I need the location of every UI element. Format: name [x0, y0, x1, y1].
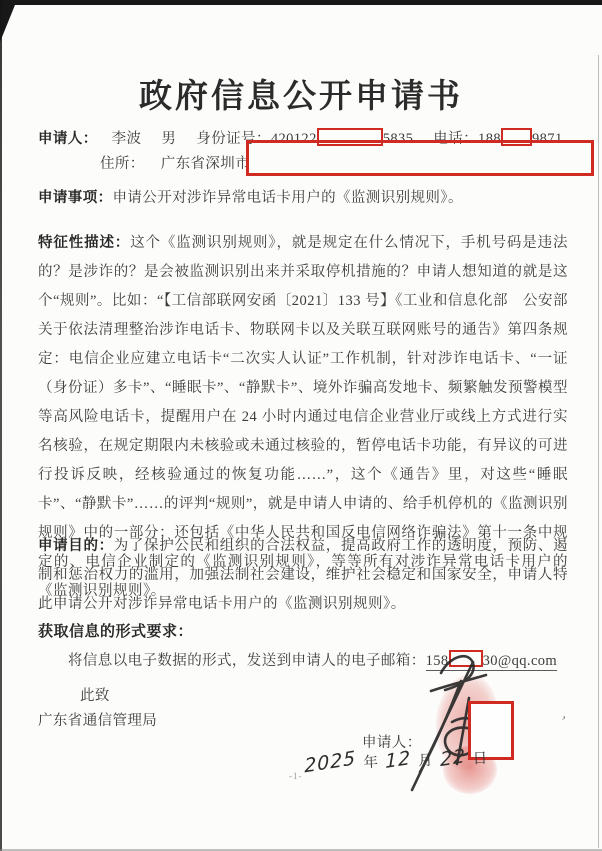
request-text: 申请公开对涉诈异常电话卡用户的《监测识别规则》。	[113, 190, 463, 206]
date-month-handwritten: 12	[385, 747, 411, 773]
scan-corner-top-left	[0, 0, 17, 42]
applicant-gender: 男	[161, 131, 176, 147]
document-title: 政府信息公开申请书	[0, 70, 602, 117]
scan-edge-right	[598, 55, 599, 848]
purpose-paragraph: 申请目的：为了保护公民和组织的合法权益，提高政府工作的透明度，预防、遏制和惩治权…	[38, 532, 568, 619]
request-line: 申请事项：申请公开对涉诈异常电话卡用户的《监测识别规则》。	[38, 186, 583, 207]
email-lead: 将信息以电子数据的形式，发送到申请人的电子邮箱：	[68, 653, 426, 669]
request-label: 申请事项：	[38, 190, 113, 206]
date-year-unit: 年	[363, 751, 378, 772]
address-line: 住所：广东省深圳市	[100, 152, 250, 173]
scan-edge-top	[0, 0, 602, 5]
delivery-heading: 获取信息的形式要求：	[38, 620, 193, 641]
scanned-document-page: 政府信息公开申请书 申请人：李波男身份证号：4201225835电话：18898…	[0, 0, 602, 851]
date-month-unit: 月	[418, 749, 433, 770]
address-label: 住所：	[100, 156, 145, 172]
description-label: 特征性描述：	[38, 235, 130, 251]
page-number: -1-	[289, 771, 303, 781]
salute: 此致	[80, 684, 110, 705]
purpose-label: 申请目的：	[38, 538, 114, 554]
purpose-text: 为了保护公民和组织的合法权益，提高政府工作的透明度，预防、遏制和惩治权力的滥用，…	[38, 538, 568, 612]
stray-ink-mark: ’	[557, 714, 567, 732]
applicant-name: 李波	[112, 131, 142, 147]
date-day-handwritten: 22	[439, 745, 465, 771]
recipient-agency: 广东省通信管理局	[38, 709, 157, 730]
date-year-handwritten: 2025	[304, 747, 356, 777]
applicant-label: 申请人：	[38, 131, 98, 147]
address-value: 广东省深圳市	[161, 156, 250, 172]
address-redaction-box	[246, 140, 594, 176]
scan-edge-left	[0, 0, 2, 851]
date-day-unit: 日	[472, 747, 487, 768]
